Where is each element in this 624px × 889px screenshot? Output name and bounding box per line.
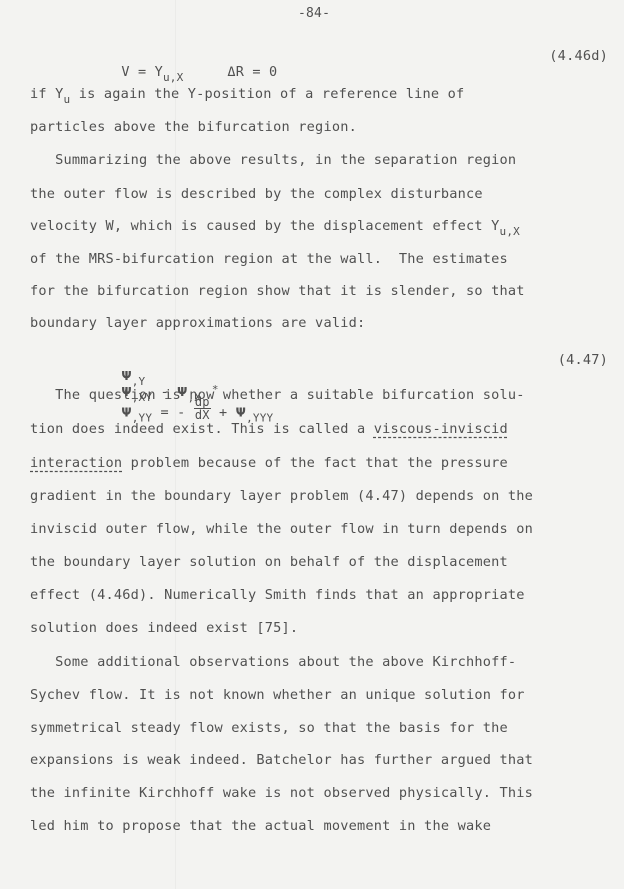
eq-rhs: ΔR = 0 (227, 64, 277, 80)
text-line: inviscid outer flow, while the outer flo… (30, 521, 533, 537)
equation-number-4-47: (4.47) (558, 352, 608, 368)
text-line: Sychev flow. It is not known whether an … (30, 687, 525, 703)
eq-lhs-subscript: u,X (163, 71, 183, 84)
operator: + (211, 405, 236, 421)
underlined-term: interaction (30, 455, 122, 471)
text-line: The question is now whether a suitable b… (30, 387, 525, 403)
text-line: of the MRS-bifurcation region at the wal… (30, 251, 508, 267)
page-number: -84- (298, 6, 330, 21)
text-line: symmetrical steady flow exists, so that … (30, 720, 508, 736)
operator: = - (152, 405, 194, 421)
text-line: the boundary layer solution on behalf of… (30, 554, 508, 570)
text-line: effect (4.46d). Numerically Smith finds … (30, 587, 525, 603)
psi-symbol: Ψ (121, 369, 131, 383)
eq-lhs: V = Y (121, 64, 163, 80)
text-line: tion does indeed exist. This is called a… (30, 421, 508, 437)
text-fragment: problem because of the fact that the pre… (122, 455, 508, 471)
text-line: gradient in the boundary layer problem (… (30, 488, 533, 504)
text-line: expansions is weak indeed. Batchelor has… (30, 752, 533, 768)
underlined-term: viscous-inviscid (374, 421, 508, 437)
text-line: particles above the bifurcation region. (30, 119, 357, 135)
document-page: -84- V = Yu,XΔR = 0 (4.46d) if Yu is aga… (0, 0, 624, 889)
text-line: for the bifurcation region show that it … (30, 283, 525, 299)
text-fragment: velocity W, which is caused by the displ… (30, 218, 500, 234)
text-line: boundary layer approximations are valid: (30, 315, 365, 331)
text-line: led him to propose that the actual movem… (30, 818, 491, 834)
text-line: solution does indeed exist [75]. (30, 620, 298, 636)
text-fragment: tion does indeed exist. This is called a (30, 421, 374, 437)
psi-symbol: Ψ (236, 406, 246, 420)
text-fragment: is again the Y-position of a reference l… (70, 86, 464, 102)
text-line: if Yu is again the Y-position of a refer… (30, 86, 464, 102)
text-line: the infinite Kirchhoff wake is not obser… (30, 785, 533, 801)
psi-symbol: Ψ (121, 406, 131, 420)
text-line: velocity W, which is caused by the displ… (30, 218, 520, 234)
equation-number-4-46d: (4.46d) (549, 48, 608, 64)
subscript: u,X (500, 225, 520, 238)
text-line: Summarizing the above results, in the se… (30, 152, 516, 168)
text-line: the outer flow is described by the compl… (30, 186, 483, 202)
text-line: Some additional observations about the a… (30, 654, 516, 670)
fraction-denominator: dX (194, 409, 211, 421)
text-line: interaction problem because of the fact … (30, 455, 508, 471)
text-fragment: if Y (30, 86, 64, 102)
